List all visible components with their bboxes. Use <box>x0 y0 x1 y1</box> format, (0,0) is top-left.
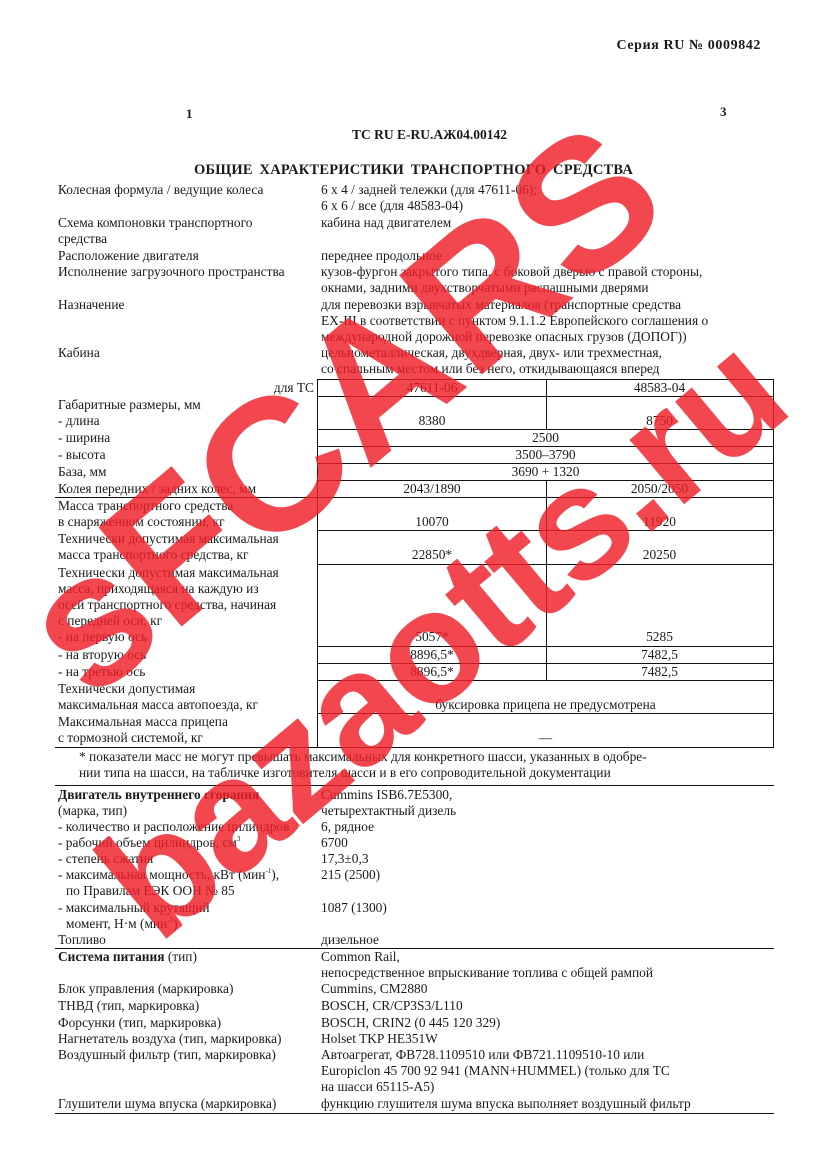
section-rule <box>55 785 774 786</box>
value-gvw-47611: 22850* <box>318 547 546 563</box>
label-axle-3: осей транспортного средства, начиная <box>58 597 276 613</box>
value-purpose-1: для перевозки взрывчатых материалов (тра… <box>321 297 681 313</box>
value-wheel-formula-2: 6 х 6 / все (для 48583-04) <box>321 198 463 214</box>
value-axle1-47611: 5057* <box>318 629 546 645</box>
footnote-line-1: * показатели масс не могут превышать мак… <box>79 749 647 765</box>
series-number: Серия RU № 0009842 <box>616 38 761 54</box>
value-compression: 17,3±0,3 <box>321 851 369 867</box>
value-ecu: Cummins, CM2880 <box>321 981 427 997</box>
engine-value-2: четырехтактный дизель <box>321 803 456 819</box>
value-curb-48583: 11920 <box>546 514 773 530</box>
label-axle-4: с передней оси, кг <box>58 613 162 629</box>
value-cargo-space-1: кузов-фургон закрытого типа, с боковой д… <box>321 264 702 280</box>
value-power: 215 (2500) <box>321 867 380 883</box>
value-trailer-mass: — <box>318 730 773 746</box>
page-title: ОБЩИЕ ХАРАКТЕРИСТИКИ ТРАНСПОРТНОГО СРЕДС… <box>0 162 827 178</box>
label-intake-silencer: Глушители шума впуска (маркировка) <box>58 1096 276 1112</box>
label-compression: - степень сжатия <box>58 851 153 867</box>
label-height: - высота <box>58 447 106 463</box>
value-cab-1: цельнометаллическая, двухдверная, двух- … <box>321 345 662 361</box>
value-torque: 1087 (1300) <box>321 900 387 916</box>
label-injectors: Форсунки (тип, маркировка) <box>58 1015 221 1031</box>
label-curb-mass-2: в снаряженном состоянии, кг <box>58 514 225 530</box>
engine-title: Двигатель внутреннего сгорания <box>58 787 259 803</box>
value-track-48583: 2050/2050 <box>546 481 773 497</box>
value-engine-position: переднее продольное <box>321 248 442 264</box>
value-axle3-47611: 8896,5* <box>318 664 546 680</box>
fuel-system-value-2: непосредственное впрыскивание топлива с … <box>321 965 653 981</box>
table-header-label: для ТС <box>200 380 314 396</box>
value-turbo: Holset TKP HE351W <box>321 1031 438 1047</box>
label-torque-end: ) <box>173 916 177 931</box>
label-train-mass-1: Технически допустимая <box>58 681 195 697</box>
label-gvw-1: Технически допустимая максимальная <box>58 531 279 547</box>
label-cylinders: - количество и расположение цилиндров <box>58 819 289 835</box>
value-length-48583: 8750 <box>546 413 773 429</box>
page-marker-right: 3 <box>720 104 727 120</box>
value-axle1-48583: 5285 <box>546 629 773 645</box>
label-torque: - максимальный крутящий <box>58 900 210 916</box>
label-wheel-formula: Колесная формула / ведущие колеса <box>58 182 263 198</box>
value-train-mass: буксировка прицепа не предусмотрена <box>318 697 773 713</box>
value-cargo-space-2: окнами, задними двухстворчатыми распашны… <box>321 280 649 296</box>
label-turbo: Нагнетатель воздуха (тип, маркировка) <box>58 1031 282 1047</box>
label-power: - максимальная мощность, кВт (мин-1), <box>58 867 279 883</box>
value-purpose-3: международной дорожной перевозке опасных… <box>321 329 687 345</box>
label-torque-text: момент, Н·м (мин <box>66 916 167 931</box>
label-purpose: Назначение <box>58 297 124 313</box>
superscript: 3 <box>237 835 241 843</box>
label-curb-mass-1: Масса транспортного средства <box>58 498 233 514</box>
label-engine-position: Расположение двигателя <box>58 248 199 264</box>
value-axle2-48583: 7482,5 <box>546 647 773 663</box>
label-ecu: Блок управления (маркировка) <box>58 981 233 997</box>
engine-value-1: Cummins ISB6.7E5300, <box>321 787 452 803</box>
label-trailer-mass-1: Максимальная масса прицепа <box>58 714 228 730</box>
value-axle2-47611: 8896,5* <box>318 647 546 663</box>
label-axle-2: масса, приходящаяся на каждую из <box>58 581 259 597</box>
label-power-2: по Правилам ЕЭК ООН № 85 <box>66 883 235 899</box>
value-purpose-2: EX-III в соответствии с пунктом 9.1.1.2 … <box>321 313 708 329</box>
value-layout: кабина над двигателем <box>321 215 451 231</box>
fuel-system-title-sub: (тип) <box>164 949 196 964</box>
value-wheel-formula-1: 6 х 4 / задней тележки (для 47611-06); <box>321 182 537 198</box>
label-trailer-mass-2: с тормозной системой, кг <box>58 730 203 746</box>
table-rule <box>317 713 774 714</box>
value-axle3-48583: 7482,5 <box>546 664 773 680</box>
value-fuel: дизельное <box>321 932 379 948</box>
label-fuel: Топливо <box>58 932 106 948</box>
column-header-48583: 48583-04 <box>546 380 773 396</box>
label-layout-2: средства <box>58 231 107 247</box>
fuel-system-title-text: Система питания <box>58 949 164 964</box>
value-base: 3690 + 1320 <box>318 464 773 480</box>
fuel-system-title: Система питания (тип) <box>58 949 197 965</box>
label-gvw-2: масса транспортного средства, кг <box>58 547 249 563</box>
value-air-filter-2: Europiclon 45 700 92 941 (MANN+HUMMEL) (… <box>321 1063 670 1079</box>
engine-title-sub: (марка, тип) <box>58 803 127 819</box>
label-cab: Кабина <box>58 345 100 361</box>
value-pump: BOSCH, CR/CP3S3/L110 <box>321 998 463 1014</box>
footnote-line-2: нии типа на шасси, на табличке изготовит… <box>79 765 611 781</box>
table-rule <box>55 747 774 748</box>
value-air-filter-3: на шасси 65115-А5) <box>321 1079 434 1095</box>
label-length: - длина <box>58 413 100 429</box>
certificate-number: ТС RU E-RU.АЖ04.00142 <box>0 127 827 143</box>
value-cab-2: со спальным местом или без него, откидыв… <box>321 361 659 377</box>
label-displacement-text: - рабочий объем цилиндров, см <box>58 835 237 850</box>
label-axle-second: - на вторую ось <box>58 647 146 663</box>
page-marker-left: 1 <box>186 106 193 122</box>
table-border-right <box>773 379 774 748</box>
value-height: 3500–3790 <box>318 447 773 463</box>
value-air-filter-1: Автоагрегат, ФВ728.1109510 или ФВ721.110… <box>321 1047 644 1063</box>
label-torque-2: момент, Н·м (мин-1) <box>66 916 178 932</box>
value-length-47611: 8380 <box>318 413 546 429</box>
label-displacement: - рабочий объем цилиндров, см3 <box>58 835 240 851</box>
label-power-text: - максимальная мощность, кВт (мин <box>58 867 265 882</box>
table-rule <box>317 680 774 681</box>
value-cylinders: 6, рядное <box>321 819 374 835</box>
column-header-47611: 47611-06 <box>318 380 546 396</box>
label-power-end: ), <box>271 867 279 882</box>
value-curb-47611: 10070 <box>318 514 546 530</box>
label-air-filter: Воздушный фильтр (тип, маркировка) <box>58 1047 276 1063</box>
label-base: База, мм <box>58 464 107 480</box>
label-cargo-space: Исполнение загрузочного пространства <box>58 264 285 280</box>
value-displacement: 6700 <box>321 835 348 851</box>
label-train-mass-2: максимальная масса автопоезда, кг <box>58 697 258 713</box>
fuel-system-value-1: Common Rail, <box>321 949 400 965</box>
value-track-47611: 2043/1890 <box>318 481 546 497</box>
value-intake-silencer: функцию глушителя шума впуска выполняет … <box>321 1096 691 1112</box>
label-layout: Схема компоновки транспортного <box>58 215 252 231</box>
label-axle-first: - на первую ось <box>58 629 147 645</box>
label-width: - ширина <box>58 430 110 446</box>
value-width: 2500 <box>318 430 773 446</box>
label-axle-third: - на третью ось <box>58 664 145 680</box>
value-injectors: BOSCH, CRIN2 (0 445 120 329) <box>321 1015 500 1031</box>
value-gvw-48583: 20250 <box>546 547 773 563</box>
label-dimensions: Габаритные размеры, мм <box>58 397 201 413</box>
label-pump: ТНВД (тип, маркировка) <box>58 998 199 1014</box>
label-axle-1: Технически допустимая максимальная <box>58 565 279 581</box>
section-rule <box>55 1113 774 1114</box>
label-track: Колея передних / задних колес, мм <box>58 481 256 497</box>
